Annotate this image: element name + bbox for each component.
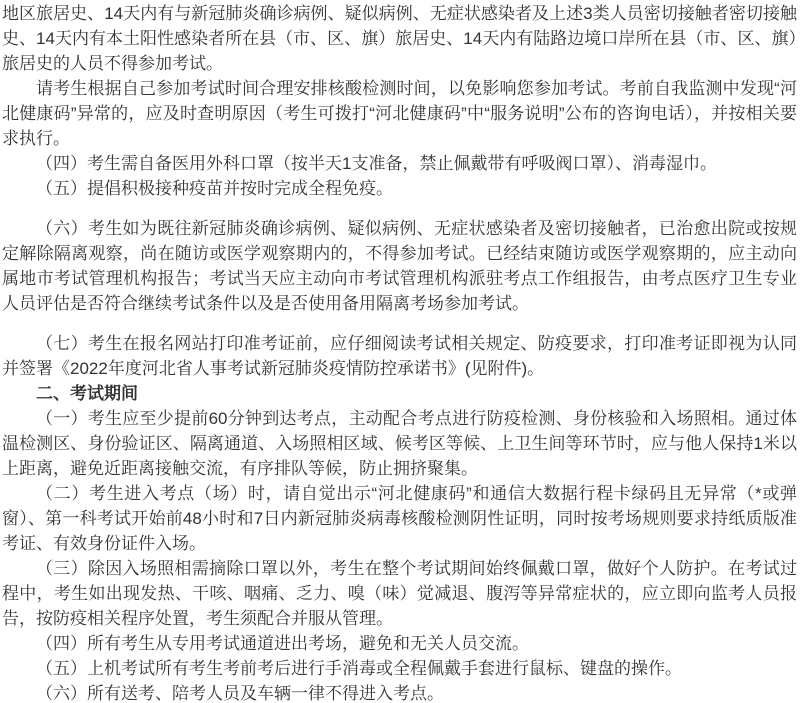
paragraph-item-4-masks: （四）考生需自备医用外科口罩（按半天1支准备，禁止佩戴带有呼吸阀口罩）、消毒湿巾… [2, 151, 797, 176]
paragraph-item-5-vaccination: （五）提倡积极接种疫苗并按时完成全程免疫。 [2, 176, 797, 201]
paragraph-item-3-mask-wearing: （三）除因入场照相需摘除口罩以外，考生在整个考试期间始终佩戴口罩，做好个人防护。… [2, 556, 797, 631]
paragraph-item-7-admission-ticket: （七）考生在报名网站打印准考证前，应仔细阅读考试相关规定、防疫要求，打印准考证即… [2, 331, 797, 381]
section-heading-during-exam: 二、考试期间 [2, 381, 797, 406]
paragraph-item-6-escorts: （六）所有送考、陪考人员及车辆一律不得进入考点。 [2, 681, 797, 703]
notice-document-body: 地区旅居史、14天内有与新冠肺炎确诊病例、疑似病例、无症状感染者及上述3类人员密… [0, 0, 800, 703]
paragraph-region-travel-history: 地区旅居史、14天内有与新冠肺炎确诊病例、疑似病例、无症状感染者及上述3类人员密… [2, 1, 797, 76]
paragraph-nucleic-acid-timing: 请考生根据自己参加考试时间合理安排核酸检测时间，以免影响您参加考试。考前自我监测… [2, 76, 797, 151]
paragraph-item-4-dedicated-passage: （四）所有考生从专用考试通道进出考场，避免和无关人员交流。 [2, 631, 797, 656]
paragraph-item-1-arrival: （一）考生应至少提前60分钟到达考点，主动配合考点进行防疫检测、身份核验和入场照… [2, 406, 797, 481]
paragraph-item-6-prior-cases: （六）考生如为既往新冠肺炎确诊病例、疑似病例、无症状感染者及密切接触者，已治愈出… [2, 216, 797, 316]
paragraph-item-2-health-code: （二）考生进入考点（场）时，请自觉出示“河北健康码”和通信大数据行程卡绿码且无异… [2, 481, 797, 556]
paragraph-item-5-hand-disinfection: （五）上机考试所有考生考前考后进行手消毒或全程佩戴手套进行鼠标、键盘的操作。 [2, 656, 797, 681]
